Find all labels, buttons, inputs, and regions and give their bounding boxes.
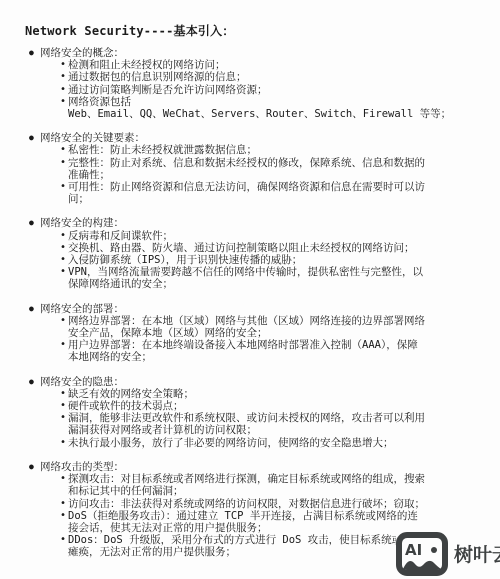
section-bullet-icon: ●: [29, 376, 40, 388]
section-heading: 网络安全的概念：: [40, 47, 124, 59]
item-bullet-icon: •: [60, 157, 68, 169]
item-text: 入侵防御系统（IPS），用于识别快速传播的威胁；: [68, 254, 302, 266]
list-item: •网络资源包括Web、Email、QQ、WeChat、Servers、Route…: [60, 96, 485, 120]
item-text: 探测攻击：对目标系统或者网络进行探测，确定目标系统或网络的组成，搜索和标记其中的…: [68, 473, 425, 497]
list-item: •网络边界部署：在本地（区域）网络与其他（区域）网络连接的边界部署网络安全产品，…: [60, 315, 485, 339]
section: ●网络安全的部署：•网络边界部署：在本地（区域）网络与其他（区域）网络连接的边界…: [25, 303, 485, 364]
item-text: 可用性：防止网络资源和信息无法访问，确保网络资源和信息在需要时可以访问；: [68, 181, 425, 205]
section-heading: 网络攻击的类型：: [40, 461, 124, 473]
item-text: 私密性：防止未经授权就泄露数据信息；: [68, 144, 257, 156]
list-item: •漏洞，能够非法更改软件和系统权限、或访问未授权的网络，攻击者可以利用漏洞获得对…: [60, 412, 485, 436]
section-item-list: •检测和阻止未经授权的网络访问；•通过数据包的信息识别网络源的信息；•通过访问策…: [25, 59, 485, 120]
list-item: •VPN，当网络流量需要跨越不信任的网络中传输时，提供私密性与完整性，以保障网络…: [60, 266, 485, 290]
item-bullet-icon: •: [60, 339, 68, 351]
section-item-list: •缺乏有效的网络安全策略；•硬件或软件的技术弱点；•漏洞，能够非法更改软件和系统…: [25, 388, 485, 449]
item-bullet-icon: •: [60, 254, 68, 266]
list-item: •完整性：防止对系统、信息和数据未经授权的修改，保障系统、信息和数据的准确性；: [60, 157, 485, 181]
list-item: •未执行最小服务，放行了非必要的网络访问，使网络的安全隐患增大；: [60, 437, 485, 449]
section: ●网络安全的关键要素：•私密性：防止未经授权就泄露数据信息；•完整性：防止对系统…: [25, 132, 485, 205]
section-item-list: •网络边界部署：在本地（区域）网络与其他（区域）网络连接的边界部署网络安全产品，…: [25, 315, 485, 364]
item-text: 漏洞，能够非法更改软件和系统权限、或访问未授权的网络，攻击者可以利用漏洞获得对网…: [68, 412, 425, 436]
item-bullet-icon: •: [60, 400, 68, 412]
section: ●网络安全的隐患：•缺乏有效的网络安全策略；•硬件或软件的技术弱点；•漏洞，能够…: [25, 376, 485, 449]
list-item: •通过数据包的信息识别网络源的信息；: [60, 71, 485, 83]
item-text: 网络边界部署：在本地（区域）网络与其他（区域）网络连接的边界部署网络安全产品，保…: [68, 315, 425, 339]
watermark: AI 树叶云: [396, 528, 500, 579]
list-item: •入侵防御系统（IPS），用于识别快速传播的威胁；: [60, 254, 485, 266]
list-item: •可用性：防止网络资源和信息无法访问，确保网络资源和信息在需要时可以访问；: [60, 181, 485, 205]
logo-ai-label: AI: [405, 541, 422, 559]
item-bullet-icon: •: [60, 59, 68, 71]
item-text: VPN，当网络流量需要跨越不信任的网络中传输时，提供私密性与完整性，以保障网络通…: [68, 266, 423, 290]
document-page: Network Security----基本引入： ●网络安全的概念：•检测和阻…: [25, 24, 485, 571]
item-bullet-icon: •: [60, 388, 68, 400]
item-bullet-icon: •: [60, 230, 68, 242]
item-bullet-icon: •: [60, 71, 68, 83]
item-text: 网络资源包括: [68, 96, 131, 108]
item-bullet-icon: •: [60, 181, 68, 193]
list-item: •反病毒和反间谍软件；: [60, 230, 485, 242]
list-item: •交换机、路由器、防火墙、通过访问控制策略以阻止未经授权的网络访问；: [60, 242, 485, 254]
item-bullet-icon: •: [60, 534, 68, 546]
item-text: DDos：DoS 升级版，采用分布式的方式进行 DoS 攻击，使目标系统或网络瘫…: [68, 534, 423, 558]
list-item: •私密性：防止未经授权就泄露数据信息；: [60, 144, 485, 156]
item-text: 用户边界部署：在本地终端设备接入本地网络时部署准入控制（AAA），保障本地网络的…: [68, 339, 418, 363]
list-item: •硬件或软件的技术弱点；: [60, 400, 485, 412]
watermark-brand-text: 树叶云: [454, 540, 500, 567]
item-bullet-icon: •: [60, 266, 68, 278]
item-bullet-icon: •: [60, 144, 68, 156]
item-bullet-icon: •: [60, 498, 68, 510]
item-text: 通过访问策略判断是否允许访问网络资源；: [68, 84, 268, 96]
section-item-list: •私密性：防止未经授权就泄露数据信息；•完整性：防止对系统、信息和数据未经授权的…: [25, 144, 485, 205]
section-bullet-icon: ●: [29, 461, 40, 473]
list-item: •通过访问策略判断是否允许访问网络资源；: [60, 84, 485, 96]
item-text: 检测和阻止未经授权的网络访问；: [68, 59, 226, 71]
ai-image-logo-icon: AI: [396, 532, 448, 576]
item-text: 硬件或软件的技术弱点；: [68, 400, 184, 412]
item-bullet-icon: •: [60, 84, 68, 96]
item-text: 完整性：防止对系统、信息和数据未经授权的修改，保障系统、信息和数据的准确性；: [68, 157, 425, 181]
item-bullet-icon: •: [60, 315, 68, 327]
item-text: 交换机、路由器、防火墙、通过访问控制策略以阻止未经授权的网络访问；: [68, 242, 415, 254]
item-text: 缺乏有效的网络安全策略；: [68, 388, 194, 400]
section-heading: 网络安全的关键要素：: [40, 132, 145, 144]
list-item: •用户边界部署：在本地终端设备接入本地网络时部署准入控制（AAA），保障本地网络…: [60, 339, 485, 363]
item-bullet-icon: •: [60, 510, 68, 522]
item-bullet-icon: •: [60, 242, 68, 254]
list-item: •缺乏有效的网络安全策略；: [60, 388, 485, 400]
item-extra-text: Web、Email、QQ、WeChat、Servers、Router、Switc…: [68, 108, 428, 120]
section-bullet-icon: ●: [29, 303, 40, 315]
item-text: 反病毒和反间谍软件；: [68, 230, 173, 242]
item-bullet-icon: •: [60, 412, 68, 424]
section: ●网络安全的概念：•检测和阻止未经授权的网络访问；•通过数据包的信息识别网络源的…: [25, 47, 485, 120]
list-item: •探测攻击：对目标系统或者网络进行探测，确定目标系统或网络的组成，搜索和标记其中…: [60, 473, 485, 497]
item-text: 访问攻击：非法获得对系统或网络的访问权限，对数据信息进行破坏；窃取；: [68, 498, 425, 510]
item-text: DoS（拒绝服务攻击）：通过建立 TCP 半开连接，占满目标系统或网络的连接会话…: [68, 510, 418, 534]
list-item: •访问攻击：非法获得对系统或网络的访问权限，对数据信息进行破坏；窃取；: [60, 498, 485, 510]
section-item-list: •反病毒和反间谍软件；•交换机、路由器、防火墙、通过访问控制策略以阻止未经授权的…: [25, 230, 485, 291]
section-heading: 网络安全的构建：: [40, 217, 124, 229]
section-bullet-icon: ●: [29, 132, 40, 144]
section-heading: 网络安全的隐患：: [40, 376, 124, 388]
item-bullet-icon: •: [60, 473, 68, 485]
item-bullet-icon: •: [60, 96, 68, 108]
section-bullet-icon: ●: [29, 217, 40, 229]
sections: ●网络安全的概念：•检测和阻止未经授权的网络访问；•通过数据包的信息识别网络源的…: [25, 47, 485, 559]
item-text: 通过数据包的信息识别网络源的信息；: [68, 71, 247, 83]
section-heading: 网络安全的部署：: [40, 303, 124, 315]
list-item: •检测和阻止未经授权的网络访问；: [60, 59, 485, 71]
section-bullet-icon: ●: [29, 47, 40, 59]
item-bullet-icon: •: [60, 437, 68, 449]
section: ●网络安全的构建：•反病毒和反间谍软件；•交换机、路由器、防火墙、通过访问控制策…: [25, 217, 485, 290]
page-title: Network Security----基本引入：: [25, 24, 485, 39]
item-text: 未执行最小服务，放行了非必要的网络访问，使网络的安全隐患增大；: [68, 437, 394, 449]
